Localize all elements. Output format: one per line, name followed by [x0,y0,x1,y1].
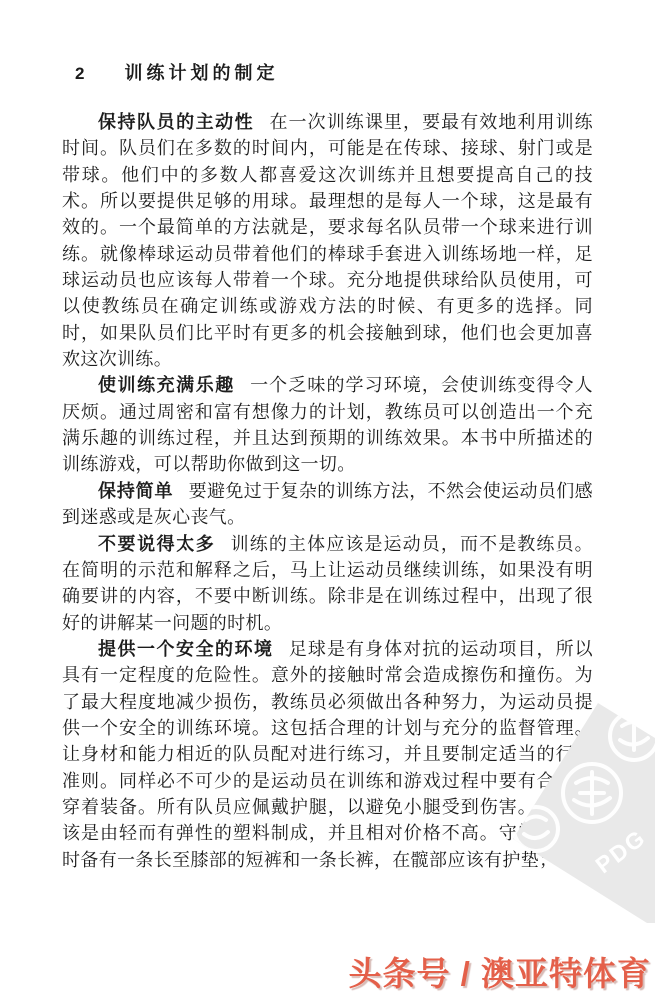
paragraph: 不要说得太多训练的主体应该是运动员，而不是教练员。在简明的示范和解释之后，马上让… [62,531,593,636]
paragraph-body: 足球是有身体对抗的运动项目，所以具有一定程度的危险性。意外的接触时常会造成擦伤和… [62,639,593,870]
paragraph: 提供一个安全的环境足球是有身体对抗的运动项目，所以具有一定程度的危险性。意外的接… [62,636,593,873]
paragraph-body: 在一次训练课里，要最有效地利用训练时间。队员们在多数的时间内，可能是在传球、接球… [62,112,593,369]
footer-watermark: 头条号 / 澳亚特体育 [348,948,651,995]
page-number: 2 [75,64,84,84]
scanned-book-page: { "page_header": { "page_number": "2", "… [0,0,655,1001]
paragraph-heading: 不要说得太多 [98,534,215,554]
paragraph: 使训练充满乐趣一个乏味的学习环境，会使训练变得令人厌烦。通过周密和富有想像力的计… [62,372,593,477]
paragraph: 保持简单要避免过于复杂的训练方法，不然会使运动员们感到迷惑或是灰心丧气。 [62,478,593,531]
paragraph-heading: 保持简单 [98,481,173,501]
paragraph: 保持队员的主动性在一次训练课里，要最有效地利用训练时间。队员们在多数的时间内，可… [62,109,593,372]
paragraph-heading: 使训练充满乐趣 [98,375,235,395]
paragraph-heading: 提供一个安全的环境 [98,639,274,659]
pdg-watermark-label: PDG [590,824,651,879]
content: 保持队员的主动性在一次训练课里，要最有效地利用训练时间。队员们在多数的时间内，可… [62,109,593,873]
chapter-title: 训练计划的制定 [124,59,278,85]
page-header: 2 训练计划的制定 [75,59,278,85]
paragraph-heading: 保持队员的主动性 [98,112,254,132]
